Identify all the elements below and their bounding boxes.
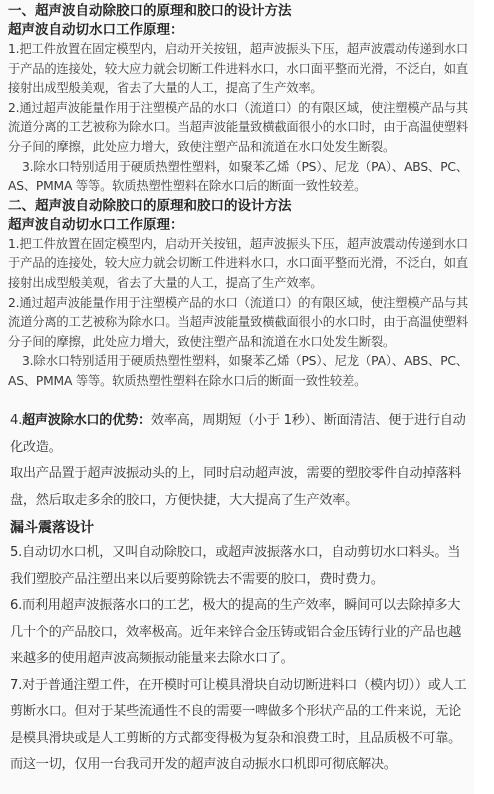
section-2-paragraph-2: 2.通过超声波能量作用于注塑模产品的水口（流道口）的有限区域，使注塑模产品与其流… — [8, 294, 468, 353]
section-2-title: 二、超声波自动除胶口的原理和胶口的设计方法 — [8, 197, 468, 216]
content-block-top: 一、超声波自动除胶口的原理和胶口的设计方法 超声波自动切水口工作原理： 1.把工… — [0, 0, 474, 400]
section-1-subtitle: 超声波自动切水口工作原理： — [8, 21, 468, 40]
section-1-paragraph-3: 3.除水口特别适用于硬质热塑性塑料，如聚苯乙烯（PS）、尼龙（PA）、ABS、P… — [8, 158, 468, 197]
right-margin — [474, 0, 494, 794]
advantage-paragraph: 4.超声波除水口的优势：效率高，周期短（小于 1秒）、断面清洁、便于进行自动化改… — [10, 408, 468, 461]
paragraph-5: 5.自动切水口机，又叫自动除胶口，或超声波振落水口，自动剪切水口料头。当我们塑胶… — [10, 540, 468, 593]
section-1-paragraph-1: 1.把工件放置在固定模型内，启动开关按钮，超声波振头下压，超声波震动传递到水口于… — [8, 40, 468, 99]
section-1-title: 一、超声波自动除胶口的原理和胶口的设计方法 — [8, 2, 468, 21]
advantage-label: 超声波除水口的优势： — [22, 413, 151, 428]
content-block-bottom: 4.超声波除水口的优势：效率高，周期短（小于 1秒）、断面清洁、便于进行自动化改… — [0, 400, 474, 794]
pickup-paragraph: 取出产品置于超声波振动头的上，同时启动超声波，需要的塑胶零件自动掉落料盘，然后取… — [10, 461, 468, 514]
paragraph-7: 7.对于普通注塑工件，在开模时可让模具滑块自动切断进料口（模内切））或人工剪断水… — [10, 673, 468, 779]
section-2-paragraph-3: 3.除水口特别适用于硬质热塑性塑料，如聚苯乙烯（PS）、尼龙（PA）、ABS、P… — [8, 352, 468, 391]
section-2-paragraph-1: 1.把工件放置在固定模型内，启动开关按钮，超声波振头下压，超声波震动传递到水口于… — [8, 235, 468, 294]
section-2-subtitle: 超声波自动切水口工作原理： — [8, 216, 468, 235]
advantage-prefix: 4. — [10, 413, 22, 428]
hopper-heading: 漏斗震落设计 — [10, 516, 468, 540]
paragraph-6: 6.而利用超声波振落水口的工艺，极大的提高的生产效率，瞬间可以去除掉多大几十个的… — [10, 593, 468, 673]
section-1-paragraph-2: 2.通过超声波能量作用于注塑模产品的水口（流道口）的有限区域，使注塑模产品与其流… — [8, 99, 468, 158]
